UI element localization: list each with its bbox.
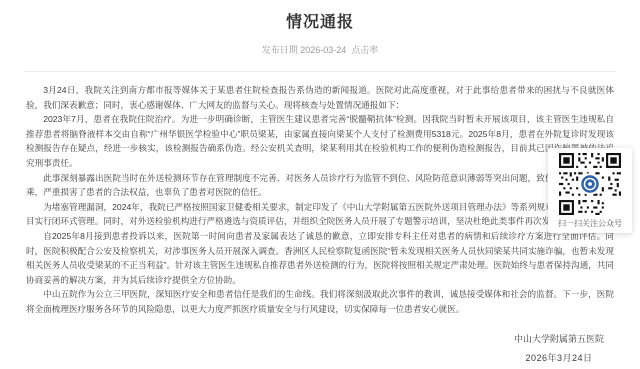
notice-paragraph: 中山五院作为公立三甲医院，深知医疗安全和患者信任是我们的生命线。我们将深刻汲取此…: [26, 287, 614, 316]
qr-caption: 扫一扫关注公众号: [553, 218, 627, 229]
notice-page: 情况通报 发布日期 2026-03-24 点击率 3月24日，我院关注到南方都市…: [0, 0, 640, 369]
signature-org: 中山大学附属第五医院: [514, 330, 604, 349]
notice-paragraph: 3月24日，我院关注到南方都市报等媒体关于某患者住院检查报告系伪造的新闻报道。医…: [26, 83, 614, 112]
page-title: 情况通报: [0, 0, 640, 32]
header-divider: [25, 71, 615, 72]
notice-paragraph: 为堵塞管理漏洞，2024年，我院已严格按照国家卫健委相关要求，制定印发了《中山大…: [26, 200, 614, 229]
qr-code-card: 扫一扫关注公众号: [548, 148, 632, 233]
notice-paragraph: 此事深刻暴露出医院当时在外送检测环节存在管理制度不完善、对医务人员诊疗行为监管不…: [26, 171, 614, 200]
signature-date: 2026年3月24日: [514, 349, 604, 368]
signature-block: 中山大学附属第五医院 2026年3月24日: [514, 330, 604, 368]
qr-code-icon: [558, 153, 622, 215]
notice-body: 3月24日，我院关注到南方都市报等媒体关于某患者住院检查报告系伪造的新闻报道。医…: [26, 83, 614, 317]
notice-paragraph: 自2025年8月接到患者投诉以来，医院第一时间向患者及家属表达了诚恳的歉意，立即…: [26, 229, 614, 287]
notice-paragraph: 2023年7月，患者在我院住院治疗。为进一步明确诊断，主管医生建议患者完善“脱髓…: [26, 112, 614, 170]
publish-meta: 发布日期 2026-03-24 点击率: [0, 43, 640, 56]
